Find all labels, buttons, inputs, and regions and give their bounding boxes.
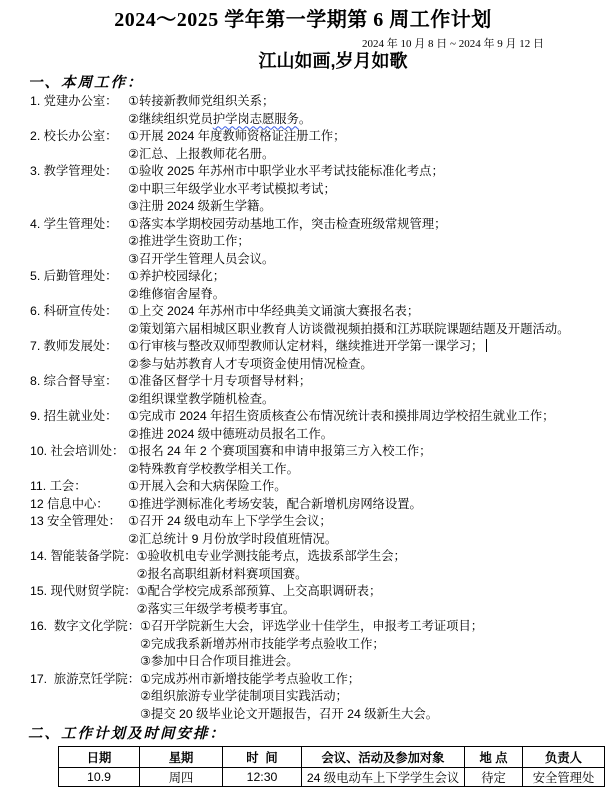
dept-label: 7. 教师发展处： xyxy=(30,338,128,356)
task-item: ①开展 2024 年度教师资格证注册工作； xyxy=(128,128,606,146)
task-item: ①推进学测标准化考场安装，配合新增机房网络设置。 xyxy=(128,496,606,514)
spellcheck-underlined-text: 护学岗志愿服务 xyxy=(213,112,299,126)
work-row: 15. 现代财贸学院： ①配合学校完成系部预算、上交高职调研表； ②落实三年级学… xyxy=(30,583,606,618)
task-item: ①完成市 2024 年招生资质核查公布情况统计表和摸排周边学校招生就业工作； xyxy=(128,408,606,426)
work-row: 14. 智能装备学院： ①验收机电专业学测技能考点，选拔系部学生会； ②报名高职… xyxy=(30,548,606,583)
task-item: ①完成苏州市新增技能学考点验收工作； xyxy=(140,671,606,689)
dept-label: 13 安全管理处： xyxy=(30,513,128,531)
dept-label: 4. 学生管理处： xyxy=(30,216,128,234)
task-item: ②推进学生资助工作； xyxy=(128,233,606,251)
task-item: ①开展入会和大病保险工作。 xyxy=(128,478,606,496)
header-date: 日期 xyxy=(59,747,140,768)
task-text: 。 xyxy=(299,112,311,126)
dept-label: 8. 综合督导室： xyxy=(30,373,128,391)
task-item: ②参与姑苏教育人才专项资金使用情况检查。 xyxy=(128,356,606,374)
work-row: 10. 社会培训处： ①报名 24 年 2 个赛项国赛和申请申报第三方入校工作；… xyxy=(30,443,606,478)
header-owner: 负责人 xyxy=(523,747,605,768)
text-cursor xyxy=(486,339,487,352)
header-place: 地 点 xyxy=(465,747,523,768)
work-row: 7. 教师发展处： ①行审核与整改双师型教师认定材料，继续推进开学第一课学习； … xyxy=(30,338,606,373)
task-item: ②维修宿舍屋脊。 xyxy=(128,286,606,304)
task-item: ①配合学校完成系部预算、上交高职调研表； xyxy=(137,583,606,601)
work-row: 9. 招生就业处： ①完成市 2024 年招生资质核查公布情况统计表和摸排周边学… xyxy=(30,408,606,443)
task-text: ②继续组织党员 xyxy=(128,112,213,126)
task-item: ①准备区督学十月专项督导材料； xyxy=(128,373,606,391)
dept-label: 17. 旅游烹饪学院： xyxy=(30,671,140,689)
work-row: 8. 综合督导室： ①准备区督学十月专项督导材料； ②组织课堂教学随机检查。 xyxy=(30,373,606,408)
dept-label: 3. 教学管理处： xyxy=(30,163,128,181)
task-item: ②推进 2024 级中德班动员报名工作。 xyxy=(128,426,606,444)
task-item: ③注册 2024 级新生学籍。 xyxy=(128,198,606,216)
work-row: 11. 工会： ①开展入会和大病保险工作。 xyxy=(30,478,606,496)
dept-label: 15. 现代财贸学院： xyxy=(30,583,137,601)
dept-label: 11. 工会： xyxy=(30,478,128,496)
section-2-heading: 二、工作计划及时间安排： xyxy=(28,725,606,743)
dept-label: 5. 后勤管理处： xyxy=(30,268,128,286)
task-item: ②特殊教育学校教学相关工作。 xyxy=(128,461,606,479)
task-item: ③参加中日合作项目推进会。 xyxy=(140,653,606,671)
task-item: ②组织旅游专业学徒制项目实践活动； xyxy=(140,688,606,706)
weekly-work-list: 1. 党建办公室： ①转接新教师党组织关系； ②继续组织党员护学岗志愿服务。 2… xyxy=(30,93,606,723)
task-item: ③提交 20 级毕业论文开题报告，召开 24 级新生大会。 xyxy=(140,706,606,724)
dept-label: 16. 数字文化学院： xyxy=(30,618,140,636)
task-item: ①落实本学期校园劳动基地工作，突击检查班级常规管理； xyxy=(128,216,606,234)
page-title: 2024～2025 学年第一学期第 6 周工作计划 xyxy=(0,7,606,33)
dept-label: 9. 招生就业处： xyxy=(30,408,128,426)
cell-date: 10.9 xyxy=(59,768,140,787)
task-item: ①召开学院新生大会，评选学业十佳学生，申报考工考证项目； xyxy=(140,618,606,636)
table-header-row: 日期 星期 时 间 会议、活动及参加对象 地 点 负责人 xyxy=(59,747,605,768)
doc-subtitle: 江山如画,岁月如歌 xyxy=(0,51,606,72)
dept-label: 10. 社会培训处： xyxy=(30,443,128,461)
task-item: ②继续组织党员护学岗志愿服务。 xyxy=(128,111,606,129)
work-row: 12 信息中心： ①推进学测标准化考场安装，配合新增机房网络设置。 xyxy=(30,496,606,514)
task-item: ①上交 2024 年苏州市中华经典美文诵演大赛报名表； xyxy=(128,303,606,321)
work-row: 16. 数字文化学院： ①召开学院新生大会，评选学业十佳学生，申报考工考证项目；… xyxy=(30,618,606,671)
work-row: 5. 后勤管理处： ①养护校园绿化； ②维修宿舍屋脊。 xyxy=(30,268,606,303)
work-row: 3. 教学管理处： ①验收 2025 年苏州市中职学业水平考试技能标准化考点； … xyxy=(30,163,606,216)
header-weekday: 星期 xyxy=(140,747,223,768)
task-item: ②汇总、上报教师花名册。 xyxy=(128,146,606,164)
work-row: 1. 党建办公室： ①转接新教师党组织关系； ②继续组织党员护学岗志愿服务。 xyxy=(30,93,606,128)
work-row: 2. 校长办公室： ①开展 2024 年度教师资格证注册工作； ②汇总、上报教师… xyxy=(30,128,606,163)
cell-weekday: 周四 xyxy=(140,768,223,787)
document-page: 2024～2025 学年第一学期第 6 周工作计划 2024 年 10 月 8 … xyxy=(0,7,606,787)
task-item: ①报名 24 年 2 个赛项国赛和申请申报第三方入校工作； xyxy=(128,443,606,461)
task-item: ②中职三年级学业水平考试模拟考试； xyxy=(128,181,606,199)
dept-label: 14. 智能装备学院： xyxy=(30,548,137,566)
work-row: 4. 学生管理处： ①落实本学期校园劳动基地工作，突击检查班级常规管理； ②推进… xyxy=(30,216,606,269)
work-row: 6. 科研宣传处： ①上交 2024 年苏州市中华经典美文诵演大赛报名表； ②策… xyxy=(30,303,606,338)
dept-label: 12 信息中心： xyxy=(30,496,128,514)
cell-owner: 安全管理处 xyxy=(523,768,605,787)
work-row: 13 安全管理处： ①召开 24 级电动车上下学学生会议； ②汇总统计 9 月份… xyxy=(30,513,606,548)
task-item: ②汇总统计 9 月份放学时段值班情况。 xyxy=(128,531,606,549)
date-range: 2024 年 10 月 8 日 ~ 2024 年 9 月 12 日 xyxy=(0,37,606,51)
header-time: 时 间 xyxy=(223,747,302,768)
task-item: ②落实三年级学考模考事宜。 xyxy=(137,601,606,619)
task-item: ①验收 2025 年苏州市中职学业水平考试技能标准化考点； xyxy=(128,163,606,181)
task-item: ①验收机电专业学测技能考点，选拔系部学生会； xyxy=(137,548,606,566)
dept-label: 1. 党建办公室： xyxy=(30,93,128,111)
header-meeting: 会议、活动及参加对象 xyxy=(302,747,465,768)
task-item: ①转接新教师党组织关系； xyxy=(128,93,606,111)
table-row: 10.9 周四 12:30 24 级电动车上下学学生会议 待定 安全管理处 xyxy=(59,768,605,787)
dept-label: 6. 科研宣传处： xyxy=(30,303,128,321)
cell-place: 待定 xyxy=(465,768,523,787)
task-item: ②报名高职组新材料赛项国赛。 xyxy=(137,566,606,584)
task-text: ①行审核与整改双师型教师认定材料，继续推进开学第一课学习； xyxy=(128,339,483,353)
task-item: ③召开学生管理人员会议。 xyxy=(128,251,606,269)
cell-meeting: 24 级电动车上下学学生会议 xyxy=(302,768,465,787)
cell-time: 12:30 xyxy=(223,768,302,787)
task-item: ②组织课堂教学随机检查。 xyxy=(128,391,606,409)
task-item: ①行审核与整改双师型教师认定材料，继续推进开学第一课学习； xyxy=(128,338,606,356)
task-item: ①养护校园绿化； xyxy=(128,268,606,286)
task-item: ②完成我系新增苏州市技能学考点验收工作； xyxy=(140,636,606,654)
schedule-table: 日期 星期 时 间 会议、活动及参加对象 地 点 负责人 10.9 周四 12:… xyxy=(58,746,605,787)
task-item: ②策划第六届相城区职业教育人访谈微视频拍摄和江苏联院课题结题及开题活动。 xyxy=(128,321,606,339)
task-item: ①召开 24 级电动车上下学学生会议； xyxy=(128,513,606,531)
section-1-heading: 一、本周工作： xyxy=(28,74,606,92)
dept-label: 2. 校长办公室： xyxy=(30,128,128,146)
work-row: 17. 旅游烹饪学院： ①完成苏州市新增技能学考点验收工作； ②组织旅游专业学徒… xyxy=(30,671,606,724)
